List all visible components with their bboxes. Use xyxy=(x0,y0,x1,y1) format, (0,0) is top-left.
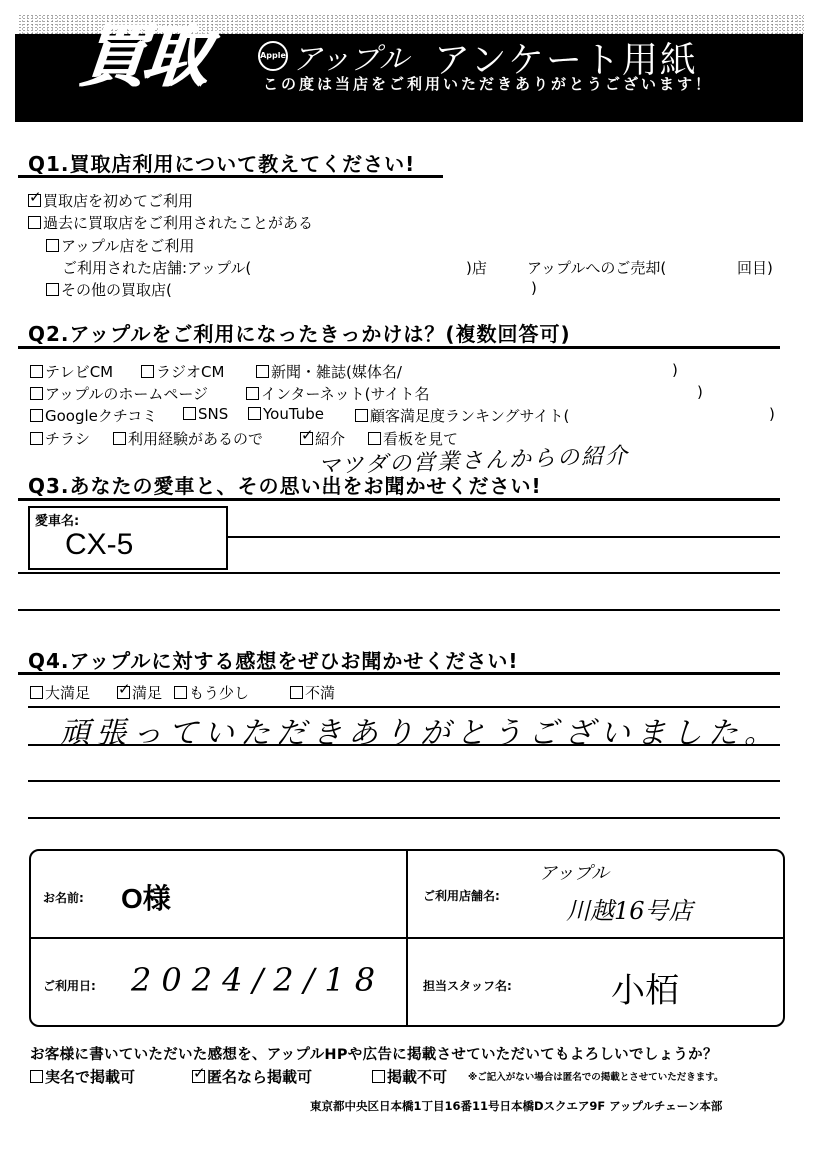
q1-option-apple-store[interactable]: アップル店をご利用 xyxy=(46,235,194,256)
checkbox[interactable] xyxy=(30,365,43,378)
store-name-value-line2[interactable]: 川越16号店 xyxy=(566,891,693,926)
q2-option-sns[interactable]: SNS xyxy=(183,405,228,423)
q2-option-referral[interactable]: 紹介 xyxy=(300,428,345,449)
q3-underline xyxy=(18,498,780,501)
car-name-label: 愛車名: xyxy=(35,510,79,529)
consent-note: ※ご記入がない場合は匿名での掲載とさせていただきます。 xyxy=(468,1069,723,1083)
checkbox[interactable] xyxy=(368,432,381,445)
consent-option-anonymous[interactable]: 匿名なら掲載可 xyxy=(192,1066,312,1087)
checkbox[interactable] xyxy=(248,407,261,420)
q2-internet-close: ) xyxy=(697,383,703,401)
q3-heading: Q3.あなたの愛車と、その思い出をお聞かせください! xyxy=(28,470,542,499)
q2-option-experience[interactable]: 利用経験があるので xyxy=(113,428,263,449)
consent-option-not-allowed[interactable]: 掲載不可 xyxy=(372,1066,447,1087)
checkbox[interactable] xyxy=(28,216,41,229)
checkbox-checked[interactable] xyxy=(300,432,313,445)
staff-name-value[interactable]: 小栢 xyxy=(611,963,679,1012)
consent-question: お客様に書いていただいた感想を、アップルHPや広告に掲載させていただいてもよろし… xyxy=(30,1043,718,1064)
apple-fruit-logo-icon: Apple xyxy=(258,41,288,71)
checkbox[interactable] xyxy=(256,365,269,378)
car-name-value: CX-5 xyxy=(65,528,133,562)
checkbox[interactable] xyxy=(141,365,154,378)
checkbox[interactable] xyxy=(246,387,259,400)
q1-heading: Q1.買取店利用について教えてください! xyxy=(28,148,415,177)
checkbox[interactable] xyxy=(290,686,303,699)
staff-name-label: 担当スタッフ名: xyxy=(423,977,512,994)
checkbox[interactable] xyxy=(183,407,196,420)
visit-date-label: ご利用日: xyxy=(43,977,96,994)
store-name-label: ご利用店舗名: xyxy=(423,887,500,904)
q1-option-first-time[interactable]: 買取店を初めてご利用 xyxy=(28,190,193,211)
store-name-value-line1[interactable]: アップル xyxy=(539,859,609,885)
checkbox[interactable] xyxy=(30,1070,43,1083)
q1-store-suffix: )店 xyxy=(466,257,487,278)
checkbox[interactable] xyxy=(46,239,59,252)
checkbox-checked[interactable] xyxy=(28,194,41,207)
q1-store-used-label: ご利用された店舗:アップル( xyxy=(62,257,251,278)
header-subtitle: この度は当店をご利用いただきありがとうございます！ xyxy=(263,73,713,94)
q3-answer-line xyxy=(18,572,780,574)
q1-sales-count-suffix: 回目) xyxy=(737,257,773,278)
q1-option-other-store[interactable]: その他の買取店( xyxy=(46,279,172,300)
checkbox[interactable] xyxy=(174,686,187,699)
q2-option-homepage[interactable]: アップルのホームページ xyxy=(30,383,208,404)
checkbox[interactable] xyxy=(113,432,126,445)
q4-answer-line xyxy=(28,780,780,782)
visit-date-value[interactable]: 2024/2/18 xyxy=(131,961,385,999)
q4-answer-line xyxy=(28,744,780,746)
consent-option-real-name[interactable]: 実名で掲載可 xyxy=(30,1066,135,1087)
checkbox[interactable] xyxy=(46,283,59,296)
checkbox[interactable] xyxy=(30,387,43,400)
q4-option-satisfied[interactable]: 満足 xyxy=(117,682,162,703)
checkbox[interactable] xyxy=(355,409,368,422)
q4-option-dissatisfied[interactable]: 不満 xyxy=(290,682,335,703)
q1-option-used-before[interactable]: 過去に買取店をご利用されたことがある xyxy=(28,212,313,233)
q4-option-could-be-better[interactable]: もう少し xyxy=(174,682,249,703)
q2-option-youtube[interactable]: YouTube xyxy=(248,405,324,423)
checkbox[interactable] xyxy=(30,432,43,445)
q2-option-tv-cm[interactable]: テレビCM xyxy=(30,361,113,382)
q2-option-google-reviews[interactable]: Googleクチコミ xyxy=(30,405,157,426)
q2-option-radio-cm[interactable]: ラジオCM xyxy=(141,361,224,382)
checkbox[interactable] xyxy=(30,686,43,699)
checkbox-checked[interactable] xyxy=(192,1070,205,1083)
checkbox[interactable] xyxy=(372,1070,385,1083)
name-label: お名前: xyxy=(43,889,84,906)
checkbox[interactable] xyxy=(30,409,43,422)
q2-ranking-close: ) xyxy=(769,405,775,423)
kaitori-logo: 買取 xyxy=(76,22,207,91)
q2-option-internet[interactable]: インターネット(サイト名 xyxy=(246,383,429,404)
name-value[interactable]: O様 xyxy=(121,877,171,917)
footer-address: 東京都中央区日本橋1丁目16番11号日本橋Dスクエア9F アップルチェーン本部 xyxy=(310,1098,722,1114)
q2-option-newspaper[interactable]: 新聞・雑誌(媒体名/ xyxy=(256,361,402,382)
q1-other-store-close: ) xyxy=(531,279,537,297)
checkbox-checked[interactable] xyxy=(117,686,130,699)
q4-underline xyxy=(18,672,780,675)
q1-sales-count-label: アップルへのご売却( xyxy=(527,257,666,278)
q3-answer-line xyxy=(18,609,780,611)
q2-option-flyer[interactable]: チラシ xyxy=(30,428,90,449)
q4-heading: Q4.アップルに対する感想をぜひお聞かせください! xyxy=(28,645,518,674)
customer-info-table: お名前: O様 ご利用店舗名: アップル 川越16号店 ご利用日: 2024/2… xyxy=(29,849,785,1027)
q1-underline xyxy=(18,175,443,178)
q2-underline xyxy=(18,346,780,349)
q4-answer-line xyxy=(28,817,780,819)
q2-newspaper-close: ) xyxy=(672,361,678,379)
q2-option-ranking-site[interactable]: 顧客満足度ランキングサイト( xyxy=(355,405,569,426)
info-divider xyxy=(31,937,783,939)
q2-heading: Q2.アップルをご利用になったきっかけは？(複数回答可) xyxy=(28,318,571,347)
brand-name: アップル xyxy=(292,34,409,78)
q3-answer-line xyxy=(226,536,780,538)
q4-option-very-satisfied[interactable]: 大満足 xyxy=(30,682,90,703)
